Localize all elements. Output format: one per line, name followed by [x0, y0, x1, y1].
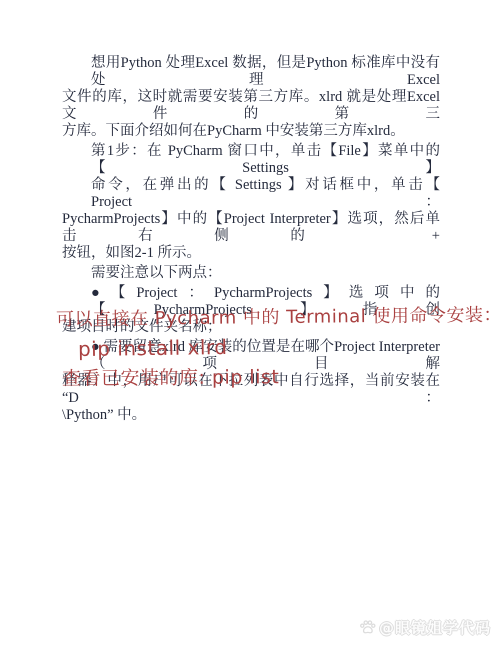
- text-line: 方库。下面介绍如何在PyCharm 中安装第三方库xlrd。: [62, 123, 440, 140]
- printed-text-block: 想用Python 处理Excel 数据，但是Python 标准库中没有处理Exc…: [62, 55, 440, 427]
- text-line: 命令，在弹出的【 Settings 】对话框中，单击【 Project：: [62, 177, 440, 211]
- paw-print-icon: [359, 619, 376, 636]
- paragraph-step1: 第1步：在 PyCharm 窗口中，单击【File】菜单中的【Settings】…: [62, 143, 440, 262]
- text-line: 第1步：在 PyCharm 窗口中，单击【File】菜单中的【Settings】: [62, 143, 440, 177]
- text-line: 需要注意以下两点：: [62, 265, 440, 282]
- text-line: 释器）中，用户可以在下拉列表中自行选择，当前安装在 “D：: [62, 373, 440, 407]
- bullet-item-2: ● 需要留意xlrd 库安装的位置是在哪个Project Interpreter…: [62, 339, 440, 424]
- watermark: @眼镜姐学代码: [359, 617, 491, 638]
- text-line: ● 需要留意xlrd 库安装的位置是在哪个Project Interpreter…: [62, 339, 440, 373]
- book-page: 想用Python 处理Excel 数据，但是Python 标准库中没有处理Exc…: [0, 0, 500, 646]
- text-line: 文件的库，这时就需要安装第三方库。xlrd 就是处理Excel 文件的第三: [62, 89, 440, 123]
- text-line: \Python” 中。: [62, 407, 440, 424]
- watermark-handle: @眼镜姐学代码: [379, 617, 491, 638]
- text-line: ●【Project：PycharmProjects】选项中的【PycharmPr…: [62, 285, 440, 319]
- paragraph-intro: 想用Python 处理Excel 数据，但是Python 标准库中没有处理Exc…: [62, 55, 440, 140]
- text-line: PycharmProjects】中的【Project Interpreter】选…: [62, 211, 440, 245]
- text-line: 想用Python 处理Excel 数据，但是Python 标准库中没有处理Exc…: [62, 55, 440, 89]
- text-line: 按钮，如图2-1 所示。: [62, 245, 440, 262]
- paragraph-note-heading: 需要注意以下两点：: [62, 265, 440, 282]
- bullet-item-1: ●【Project：PycharmProjects】选项中的【PycharmPr…: [62, 285, 440, 336]
- text-line: 建项目时的文件夹名称；: [62, 319, 440, 336]
